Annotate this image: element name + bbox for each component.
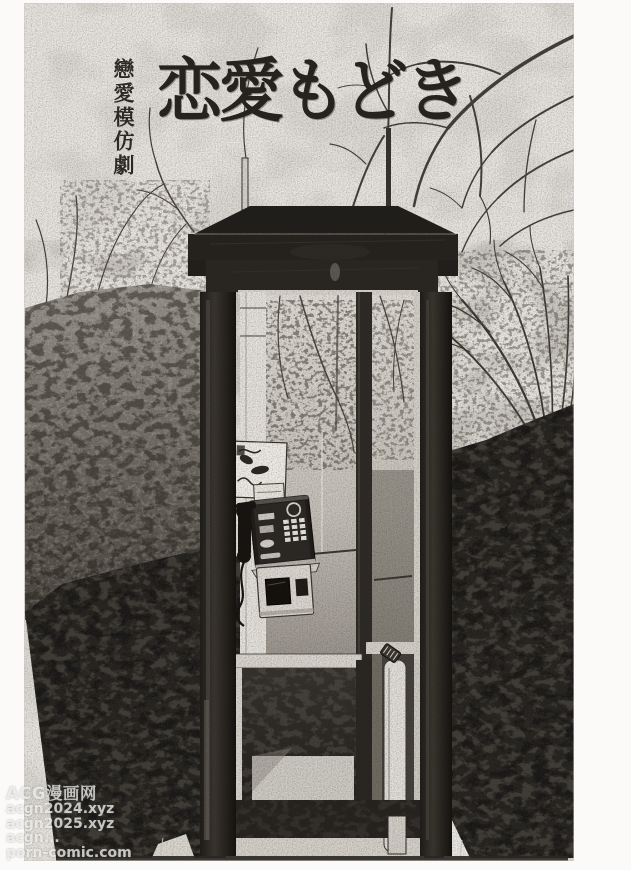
watermark-url-2: acgn2025.xyz bbox=[6, 817, 132, 832]
watermark: ACG漫画网 acgn2024.xyz acgn2025.xyz acgn...… bbox=[6, 786, 132, 860]
print-grain bbox=[24, 3, 574, 861]
watermark-url-3: acgn... bbox=[6, 831, 132, 846]
watermark-url-1: acgn2024.xyz bbox=[6, 802, 132, 817]
chapter-title: 恋愛もどき bbox=[157, 54, 467, 130]
chapter-subtitle-vertical: 戀愛模仿劇 bbox=[108, 58, 138, 178]
watermark-site-name: ACG漫画网 bbox=[6, 786, 132, 802]
manga-page: 恋愛もどき 戀愛模仿劇 ACG漫画网 acgn2024.xyz acgn2025… bbox=[0, 0, 631, 870]
watermark-url-4: porn-comic.com bbox=[6, 846, 132, 861]
